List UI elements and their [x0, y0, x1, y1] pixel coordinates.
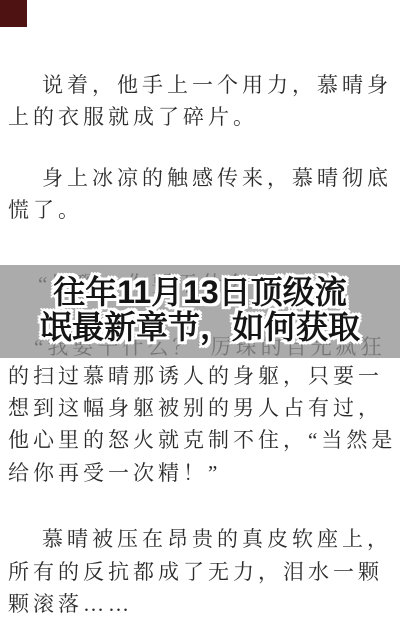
overlay-title-line: 氓最新章节，如何获取: [0, 310, 400, 345]
novel-text-line: 慕晴被压在昂贵的真皮软座上，: [42, 527, 392, 551]
reader-page[interactable]: 说着，他手上一个用力，慕晴身 上的衣服就成了碎片。 身上冰凉的触感传来，慕晴彻底…: [0, 0, 400, 629]
novel-text-line: 他心里的怒火就克制不住，“当然是: [8, 428, 396, 452]
novel-text-line: 慌了。: [8, 198, 83, 222]
overlay-title: 往年11月13日顶级流 氓最新章节，如何获取: [0, 275, 400, 345]
novel-text-line: 给你再受一次精！”: [8, 461, 221, 485]
novel-text-line: 的扫过慕晴那诱人的身躯，只要一: [8, 364, 383, 388]
novel-text-line: 说着，他手上一个用力，慕晴身: [42, 73, 392, 97]
title-overlay-banner[interactable]: “厉琛，你要干什么！” “我要干什么？”厉琛的目光疯狂 往年11月13日顶级流 …: [0, 265, 400, 358]
novel-text-line: 所有的反抗都成了无力，泪水一颗: [8, 560, 383, 584]
novel-text-line: 颗滚落……: [8, 592, 133, 616]
novel-text-line: 想到这幅身躯被别的男人占有过，: [8, 396, 383, 420]
novel-text-line: 身上冰凉的触感传来，慕晴彻底: [42, 166, 392, 190]
novel-text-line: 上的衣服就成了碎片。: [8, 105, 258, 129]
corner-badge: [0, 0, 27, 27]
overlay-title-line: 往年11月13日顶级流: [0, 275, 400, 310]
